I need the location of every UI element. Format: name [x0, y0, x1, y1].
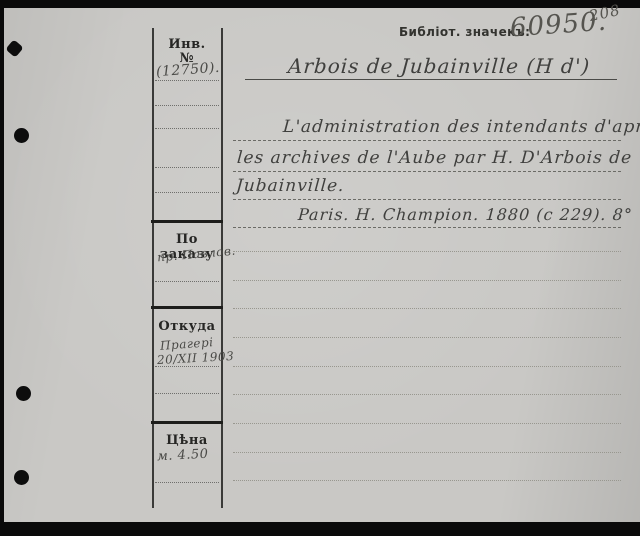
ruled-line: [233, 337, 621, 338]
catalog-card-scan: Библіот. значекъ: 60950. 208 Инв. № (127…: [0, 0, 640, 536]
punch-hole: [14, 470, 29, 485]
title-line-3: Jubainville.: [235, 176, 345, 196]
ruled-line: [233, 251, 621, 252]
scan-edge-top: [0, 0, 640, 8]
column-dotted-line: [155, 80, 219, 81]
column-dotted-line: [155, 281, 219, 282]
ruled-line: [233, 199, 621, 200]
ruled-line: [233, 452, 621, 453]
ruled-line: [233, 227, 621, 228]
scan-edge-bottom: [0, 522, 640, 536]
origin-label: Откуда: [152, 319, 222, 334]
ruled-line: [233, 480, 621, 481]
imprint-line: Paris. H. Champion. 1880 (c 229). 8°: [297, 205, 633, 224]
ruled-line: [233, 308, 621, 309]
column-dotted-line: [155, 167, 219, 168]
column-dotted-line: [155, 128, 219, 129]
column-dotted-line: [155, 393, 219, 394]
price-value-handwritten: м. 4.50: [157, 447, 209, 465]
section-separator: [151, 220, 223, 223]
title-line-1: L'administration des intendants d'après: [282, 117, 640, 137]
punch-hole: [16, 386, 31, 401]
ruled-line: [233, 280, 621, 281]
title-line-2: les archives de l'Aube par H. D'Arbois d…: [236, 148, 633, 168]
price-label: Цѣна: [152, 433, 222, 448]
scan-edge-left: [0, 0, 4, 536]
section-separator: [151, 421, 223, 424]
column-dotted-line: [155, 192, 219, 193]
column-dotted-line: [155, 482, 219, 483]
ruled-line: [233, 423, 621, 424]
ruled-line: [233, 366, 621, 367]
heading-underline: [245, 79, 617, 80]
punch-hole: [14, 128, 29, 143]
ruled-line: [233, 171, 621, 172]
inventory-number-handwritten: (12750).: [156, 60, 221, 80]
column-dotted-line: [155, 105, 219, 106]
ruled-line: [233, 394, 621, 395]
punch-hole: [5, 39, 23, 57]
section-separator: [151, 306, 223, 309]
ruled-line: [233, 140, 621, 141]
inventory-label-line1: Инв.: [152, 37, 222, 52]
author-heading-handwritten: Arbois de Jubainville (H d'): [287, 54, 591, 78]
